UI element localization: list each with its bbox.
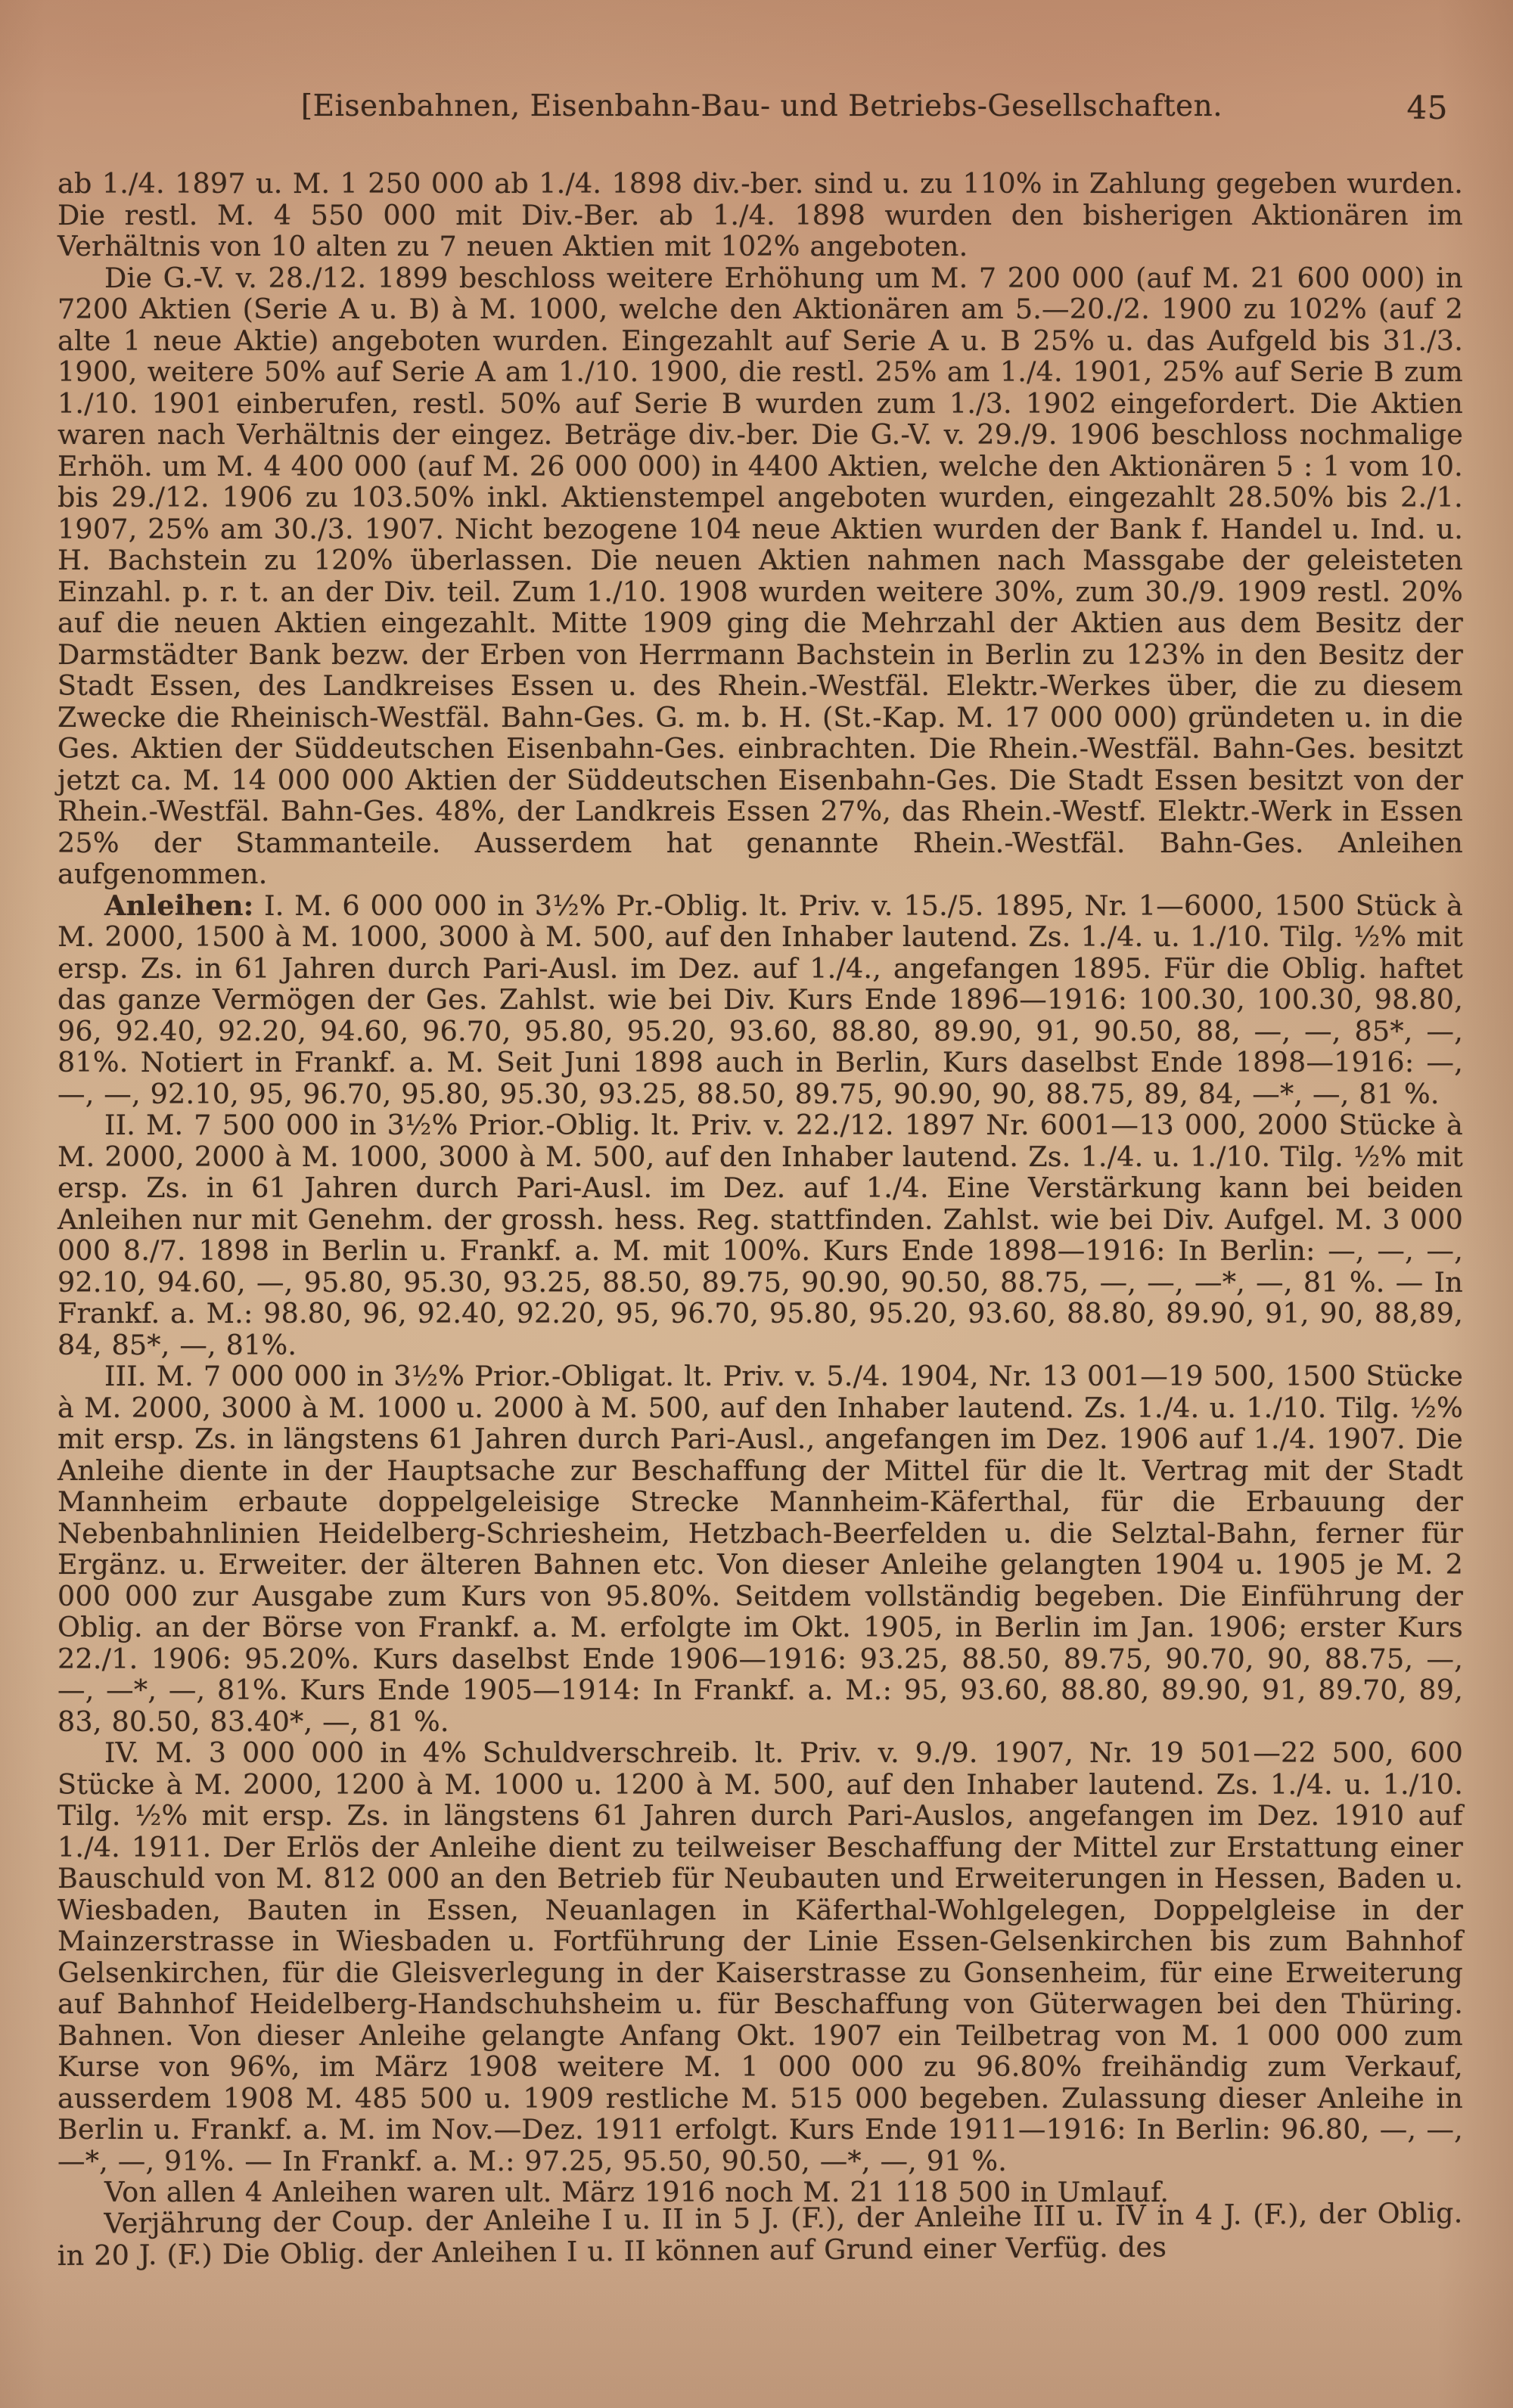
paragraph-share-capital-continuation: ab 1./4. 1897 u. M. 1 250 000 ab 1./4. 1…	[57, 168, 1463, 262]
page-body: ab 1./4. 1897 u. M. 1 250 000 ab 1./4. 1…	[57, 168, 1463, 2271]
paragraph-capital-increases: Die G.-V. v. 28./12. 1899 beschloss weit…	[57, 262, 1463, 890]
running-title: [Eisenbahnen, Eisenbahn-Bau- und Betrieb…	[59, 89, 1465, 123]
paragraph-anleihe-4: IV. M. 3 000 000 in 4% Schuldverschreib.…	[57, 1737, 1463, 2177]
anleihe-1-text: I. M. 6 000 000 in 3½% Pr.-Oblig. lt. Pr…	[57, 889, 1463, 1110]
page-number: 45	[1407, 89, 1448, 126]
paragraph-anleihe-2: II. M. 7 500 000 in 3½% Prior.-Oblig. lt…	[57, 1109, 1463, 1361]
anleihen-heading: Anleihen:	[104, 889, 253, 922]
paragraph-anleihe-1: Anleihen: I. M. 6 000 000 in 3½% Pr.-Obl…	[57, 890, 1463, 1110]
running-head: [Eisenbahnen, Eisenbahn-Bau- und Betrieb…	[59, 89, 1465, 132]
scanned-book-page: [Eisenbahnen, Eisenbahn-Bau- und Betrieb…	[0, 0, 1513, 2408]
paragraph-verjaehrung: Verjährung der Coup. der Anleihe I u. II…	[57, 2197, 1463, 2271]
paragraph-anleihe-3: III. M. 7 000 000 in 3½% Prior.-Obligat.…	[57, 1361, 1463, 1737]
